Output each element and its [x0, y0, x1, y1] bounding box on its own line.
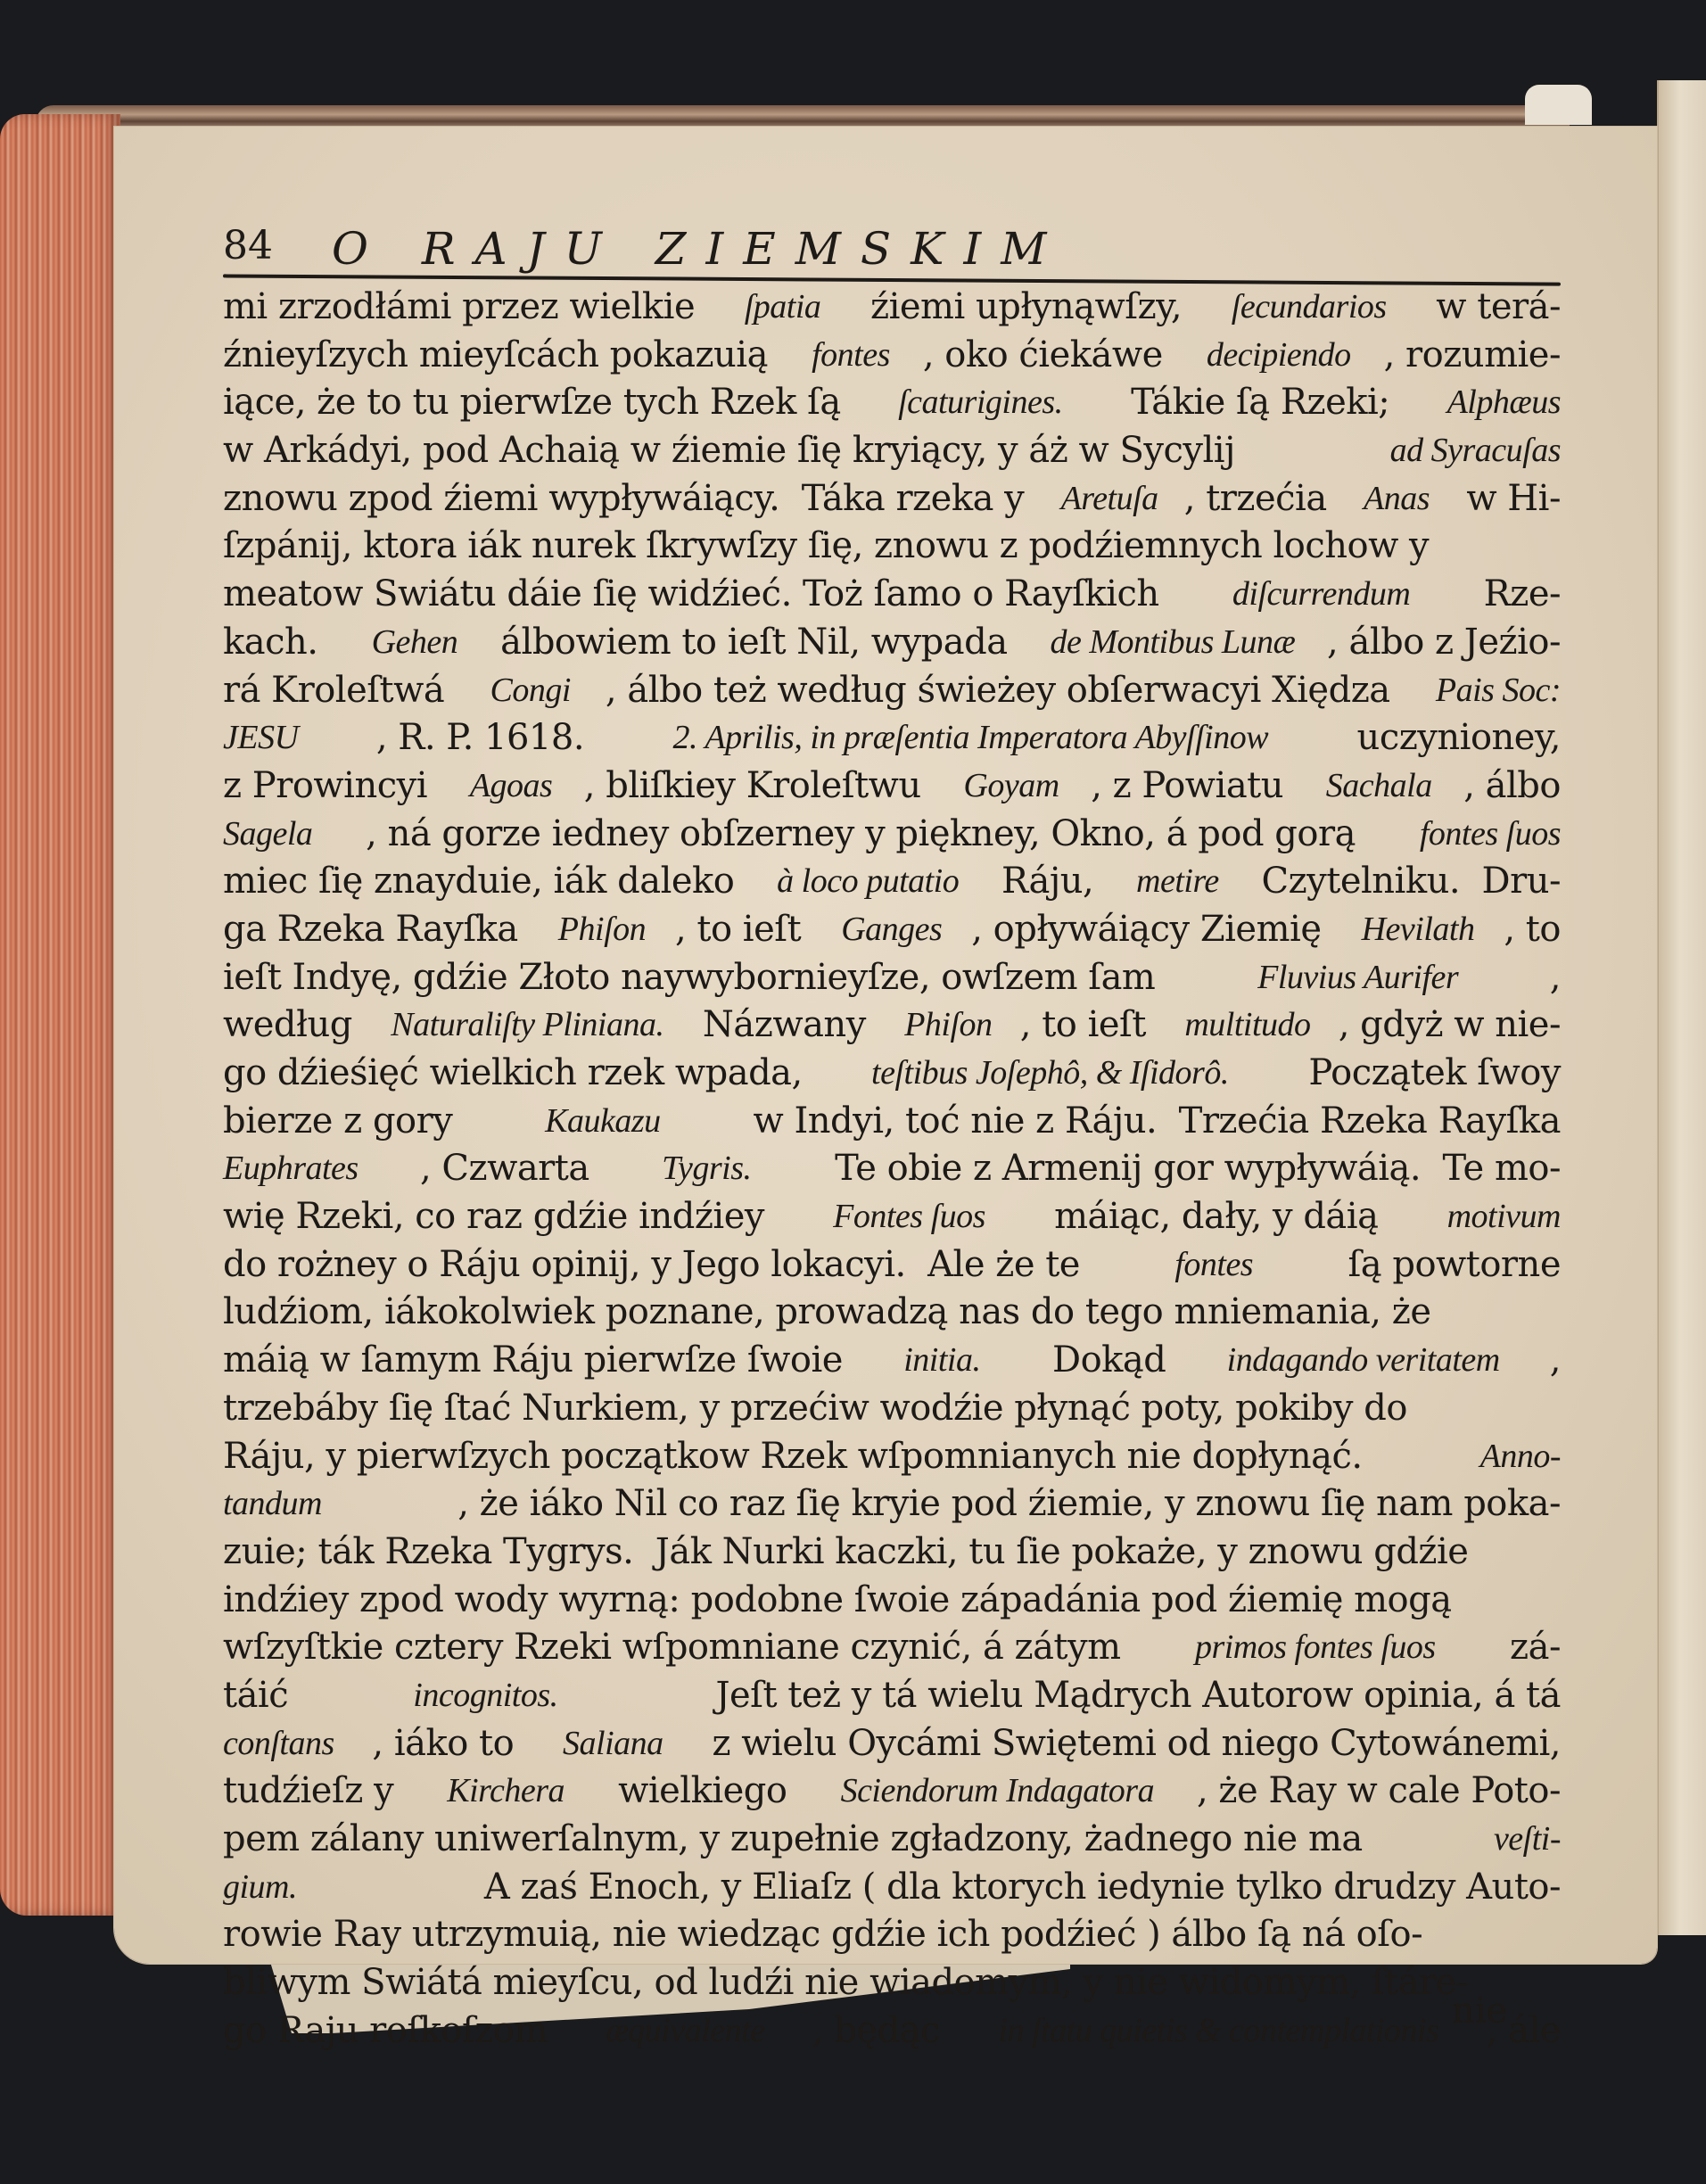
italic-latin-phrase: tandum	[223, 1480, 322, 1529]
text-segment: rá Kroleſtwá	[223, 667, 455, 715]
text-segment: w Indyi, toć nie z Ráju. Trzećia Rzeka R…	[742, 1098, 1561, 1146]
text-segment: Dokąd	[1031, 1337, 1177, 1385]
text-segment: , to ieſt	[675, 906, 812, 954]
text-segment: , bliſkiey Kroleſtwu	[584, 762, 932, 811]
text-segment: , że Ray w cale Poto-	[1197, 1768, 1561, 1816]
text-segment: , to	[1504, 906, 1561, 954]
text-segment: ſą powtorne	[1337, 1241, 1561, 1290]
text-line: pem zálany uniwerſalnym, y zupełnie zgła…	[223, 1816, 1561, 1864]
text-segment: w Arkádyi, pod Achaią w źiemie ſię kryią…	[223, 427, 1246, 475]
italic-latin-phrase: Goyam	[963, 762, 1059, 811]
italic-latin-phrase: teſtibus Joſephô, & Iſidorô.	[871, 1050, 1229, 1098]
text-segment: indźiey zpod wody wyrną: podobne ſwoie z…	[223, 1577, 1452, 1625]
facing-page-edge	[1657, 80, 1706, 1935]
italic-latin-phrase: ſecundarios	[1232, 284, 1387, 332]
text-segment: , będąc	[812, 2007, 951, 2056]
text-line: meatow Swiátu dáie ſię widźieć. Toż ſamo…	[223, 571, 1561, 619]
text-segment: , opływáiący Ziemię	[971, 906, 1332, 954]
italic-latin-phrase: Anas	[1364, 475, 1430, 523]
text-segment: go Raju roſkoſzom	[223, 2007, 558, 2056]
text-segment: według	[223, 1001, 363, 1050]
italic-latin-phrase: gium.	[223, 1864, 297, 1912]
text-segment: , ná gorze iedney obſzerney y piękney, O…	[366, 811, 1366, 859]
text-line: bliwym Swiátá mieyſcu, od ludźi nie wiad…	[223, 1959, 1561, 2007]
text-line: JESU, R. P. 1618. 2. Aprilis, in præſent…	[223, 714, 1561, 762]
text-segment: ga Rzeka Rayſka	[223, 906, 529, 954]
text-segment: , że iáko Nil co raz ſię kryie pod źiemi…	[457, 1480, 1561, 1529]
text-line: wię Rzeki, co raz gdźie indźiey Fontes ſ…	[223, 1193, 1561, 1241]
italic-latin-phrase: fontes	[812, 332, 890, 380]
text-line: kach. Gehen álbowiem to ieſt Nil, wypada…	[223, 619, 1561, 667]
italic-latin-phrase: Alphæus	[1447, 379, 1561, 427]
text-segment: ludźiom, iákokolwiek poznane, prowadzą n…	[223, 1289, 1430, 1337]
italic-latin-phrase: fontes ſuos	[1420, 811, 1561, 859]
running-title: O RAJU ZIEMSKIM	[332, 223, 1066, 275]
text-segment: ,	[1550, 954, 1561, 1002]
italic-latin-phrase: ſcaturigines.	[898, 379, 1063, 427]
text-line: máią w ſamym Ráju pierwſze ſwoie initia.…	[223, 1337, 1561, 1385]
text-line: Ráju, y pierwſzych początkow Rzek wſpomn…	[223, 1433, 1561, 1481]
text-segment: , Czwarta	[420, 1145, 600, 1193]
text-segment: z wielu Oycámi Swiętemi od niego Cytowán…	[701, 1720, 1561, 1768]
text-segment: źiemi upłynąwſzy,	[860, 284, 1193, 332]
text-line: znowu zpod źiemi wypływáiący. Táka rzeka…	[223, 475, 1561, 523]
text-line: Euphrates, Czwarta Tygris. Te obie z Arm…	[223, 1145, 1561, 1193]
italic-latin-phrase: Aretuſa	[1061, 475, 1158, 523]
italic-latin-phrase: Fluvius Aurifer	[1257, 954, 1458, 1002]
text-segment: uczynioney,	[1346, 714, 1561, 762]
text-segment: do rożney o Ráju opinij, y Jego lokacyi.…	[223, 1241, 1091, 1290]
italic-latin-phrase: æquivalente	[606, 2007, 764, 2056]
italic-latin-phrase: diſcurrendum	[1232, 571, 1410, 619]
italic-latin-phrase: Saliana	[563, 1720, 663, 1768]
italic-latin-phrase: metire	[1136, 858, 1219, 906]
text-segment: Czytelniku. Dru-	[1250, 858, 1561, 906]
text-segment: tudźieſz y	[223, 1768, 404, 1816]
italic-latin-phrase: de Montibus Lunæ	[1050, 619, 1295, 667]
catchword: nie	[1452, 1990, 1507, 2032]
italic-latin-phrase: Anno-	[1480, 1433, 1561, 1481]
italic-latin-phrase: à loco putatio	[777, 858, 959, 906]
text-line: ludźiom, iákokolwiek poznane, prowadzą n…	[223, 1289, 1561, 1337]
text-segment: z Prowincyi	[223, 762, 438, 811]
text-line: indźiey zpod wody wyrną: podobne ſwoie z…	[223, 1577, 1561, 1625]
italic-latin-phrase: Sciendorum Indagatora	[841, 1768, 1155, 1816]
text-segment: Rze-	[1472, 571, 1561, 619]
text-segment: bierze z gory	[223, 1098, 464, 1146]
text-segment: , álbo z Jeźio-	[1327, 619, 1561, 667]
text-line: Sagela, ná gorze iedney obſzerney y pięk…	[223, 811, 1561, 859]
text-segment: , gdyż w nie-	[1339, 1001, 1561, 1050]
text-segment: Te obie z Armenij gor wypływáią. Te mo-	[813, 1145, 1561, 1193]
text-segment: kach.	[223, 619, 340, 667]
text-line: mi zrzodłámi przez wielkie ſpatia źiemi …	[223, 284, 1561, 332]
text-line: miec ſię znayduie, iák daleko à loco put…	[223, 858, 1561, 906]
italic-latin-phrase: multitudo	[1184, 1001, 1310, 1050]
page-clip	[1525, 85, 1592, 125]
italic-latin-phrase: Kaukazu	[545, 1098, 661, 1146]
italic-latin-phrase: Tygris.	[662, 1145, 751, 1193]
text-line: ga Rzeka Rayſka Phiſon, to ieſt Ganges, …	[223, 906, 1561, 954]
italic-latin-phrase: conſtans	[223, 1720, 334, 1768]
text-segment: , rozumie-	[1384, 332, 1561, 380]
text-segment: ieſt Indyę, gdźie Złoto naywybornieyſze,…	[223, 954, 1166, 1002]
text-segment: , to ieſt	[1020, 1001, 1157, 1050]
italic-latin-phrase: Naturaliſty Pliniana.	[391, 1001, 663, 1050]
text-line: ſzpánij, ktora iák nurek ſkrywſzy ſię, z…	[223, 523, 1561, 571]
text-line: go dźieśięć wielkich rzek wpada, teſtibu…	[223, 1050, 1561, 1098]
text-segment: zuie; ták Rzeka Tygrys. Ják Nurki kaczki…	[223, 1529, 1468, 1577]
text-line: źnieyſzych mieyſcách pokazuią fontes, ok…	[223, 332, 1561, 380]
text-line: z Prowincyi Agoas, bliſkiey Kroleſtwu Go…	[223, 762, 1561, 811]
body-text: mi zrzodłámi przez wielkie ſpatia źiemi …	[223, 284, 1561, 2055]
text-segment: Ráju, y pierwſzych początkow Rzek wſpomn…	[223, 1433, 1384, 1481]
italic-latin-phrase: Hevilath	[1362, 906, 1475, 954]
text-segment: Ráju,	[991, 858, 1105, 906]
text-segment: pem zálany uniwerſalnym, y zupełnie zgła…	[223, 1816, 1373, 1864]
text-segment: zá-	[1499, 1624, 1561, 1672]
text-segment: wielkiego	[607, 1768, 798, 1816]
text-segment: táić	[223, 1672, 310, 1720]
text-segment: iące, że to tu pierwſze tych Rzek ſą	[223, 379, 852, 427]
text-segment: ,	[1550, 1337, 1561, 1385]
italic-latin-phrase: Ganges	[841, 906, 942, 954]
text-segment: bliwym Swiátá mieyſcu, od ludźi nie wiad…	[223, 1959, 1468, 2007]
running-head: 84 O RAJU ZIEMSKIM	[223, 223, 1561, 276]
italic-latin-phrase: 2. Aprilis, in præſentia Imperatora Abyſ…	[673, 714, 1269, 762]
italic-latin-phrase: ad Syracuſas	[1390, 427, 1561, 475]
italic-latin-phrase: Phiſon	[558, 906, 646, 954]
text-segment: , z Powiatu	[1091, 762, 1294, 811]
text-segment: meatow Swiátu dáie ſię widźieć. Toż ſamo…	[223, 571, 1170, 619]
text-segment: Názwany	[692, 1001, 877, 1050]
text-segment: álbowiem to ieſt Nil, wypada	[490, 619, 1018, 667]
italic-latin-phrase: Kirchera	[447, 1768, 565, 1816]
text-line: do rożney o Ráju opinij, y Jego lokacyi.…	[223, 1241, 1561, 1290]
text-line: rowie Ray utrzymuią, nie wiedząc gdźie i…	[223, 1911, 1561, 1959]
text-segment: trzebáby ſię ſtać Nurkiem, y przećiw wod…	[223, 1385, 1407, 1433]
italic-latin-phrase: indagando veritatem	[1227, 1337, 1500, 1385]
text-segment: , R. P. 1618.	[376, 714, 595, 762]
italic-latin-phrase: Phiſon	[904, 1001, 992, 1050]
page-number: 84	[223, 223, 273, 268]
text-segment: , trzećia	[1184, 475, 1338, 523]
text-line: gium. A zaś Enoch, y Eliaſz ( dla ktoryc…	[223, 1864, 1561, 1912]
text-segment: Jeſt też y tá wielu Mądrych Autorow opin…	[661, 1672, 1561, 1720]
text-line: ieſt Indyę, gdźie Złoto naywybornieyſze,…	[223, 954, 1561, 1002]
text-segment: wſzyſtkie cztery Rzeki wſpomniane czynić…	[223, 1624, 1132, 1672]
text-segment: go dźieśięć wielkich rzek wpada,	[223, 1050, 813, 1098]
text-segment: w Hi-	[1455, 475, 1561, 523]
text-segment: mi zrzodłámi przez wielkie	[223, 284, 705, 332]
text-segment: w terá-	[1425, 284, 1561, 332]
text-line: iące, że to tu pierwſze tych Rzek ſą ſca…	[223, 379, 1561, 427]
text-line: rá Kroleſtwá Congi, álbo też według świe…	[223, 667, 1561, 715]
text-line: tandum, że iáko Nil co raz ſię kryie pod…	[223, 1480, 1561, 1529]
text-line: według Naturaliſty Pliniana. Názwany Phi…	[223, 1001, 1561, 1050]
italic-latin-phrase: Sachala	[1326, 762, 1432, 811]
text-segment: máią w ſamym Ráju pierwſze ſwoie	[223, 1337, 853, 1385]
text-line: trzebáby ſię ſtać Nurkiem, y przećiw wod…	[223, 1385, 1561, 1433]
text-segment: wię Rzeki, co raz gdźie indźiey	[223, 1193, 775, 1241]
italic-latin-phrase: Fontes ſuos	[833, 1193, 985, 1241]
text-segment: Tákie ſą Rzeki;	[1109, 379, 1401, 427]
italic-latin-phrase: Sagela	[223, 811, 312, 859]
italic-latin-phrase: incognitos.	[413, 1672, 557, 1720]
text-line: go Raju roſkoſzom æquivalente, będąc in …	[223, 2007, 1561, 2056]
text-segment: znowu zpod źiemi wypływáiący. Táka rzeka…	[223, 475, 1034, 523]
text-segment: , oko ćiekáwe	[923, 332, 1174, 380]
text-line: conſtans, iáko to Saliana z wielu Oycámi…	[223, 1720, 1561, 1768]
italic-latin-phrase: Euphrates	[223, 1145, 359, 1193]
italic-latin-phrase: decipiendo	[1207, 332, 1351, 380]
text-segment: miec ſię znayduie, iák daleko	[223, 858, 746, 906]
italic-latin-phrase: veſti-	[1494, 1816, 1561, 1864]
italic-latin-phrase: JESU	[223, 714, 299, 762]
text-segment: máiąc, dały, y dáią	[1043, 1193, 1389, 1241]
text-line: zuie; ták Rzeka Tygrys. Ják Nurki kaczki…	[223, 1529, 1561, 1577]
book-fore-edge-red	[0, 114, 120, 1916]
text-segment: , álbo też według świeżey obſerwacyi Xię…	[606, 667, 1401, 715]
text-line: bierze z gory Kaukazu w Indyi, toć nie z…	[223, 1098, 1561, 1146]
italic-latin-phrase: Congi	[490, 667, 570, 715]
italic-latin-phrase: ſpatia	[745, 284, 821, 332]
italic-latin-phrase: Agoas	[470, 762, 553, 811]
text-line: wſzyſtkie cztery Rzeki wſpomniane czynić…	[223, 1624, 1561, 1672]
italic-latin-phrase: motivum	[1447, 1193, 1561, 1241]
italic-latin-phrase: fontes	[1174, 1241, 1253, 1290]
text-segment: , iáko to	[372, 1720, 524, 1768]
text-segment: , álbo	[1463, 762, 1561, 811]
text-segment: źnieyſzych mieyſcách pokazuią	[223, 332, 779, 380]
text-segment: rowie Ray utrzymuią, nie wiedząc gdźie i…	[223, 1911, 1422, 1959]
text-line: w Arkádyi, pod Achaią w źiemie ſię kryią…	[223, 427, 1561, 475]
italic-latin-phrase: Pais Soc:	[1436, 667, 1561, 715]
text-segment: Początek ſwoy	[1287, 1050, 1561, 1098]
italic-latin-phrase: initia.	[903, 1337, 980, 1385]
italic-latin-phrase: in ſtatu quietis & contemplationis	[999, 2007, 1439, 2056]
text-segment: ſzpánij, ktora iák nurek ſkrywſzy ſię, z…	[223, 523, 1429, 571]
italic-latin-phrase: Gehen	[372, 619, 458, 667]
italic-latin-phrase: primos fontes ſuos	[1195, 1624, 1436, 1672]
text-line: tudźieſz y Kirchera wielkiego Sciendorum…	[223, 1768, 1561, 1816]
text-line: táić incognitos. Jeſt też y tá wielu Mąd…	[223, 1672, 1561, 1720]
text-segment: A zaś Enoch, y Eliaſz ( dla ktorych iedy…	[462, 1864, 1561, 1912]
